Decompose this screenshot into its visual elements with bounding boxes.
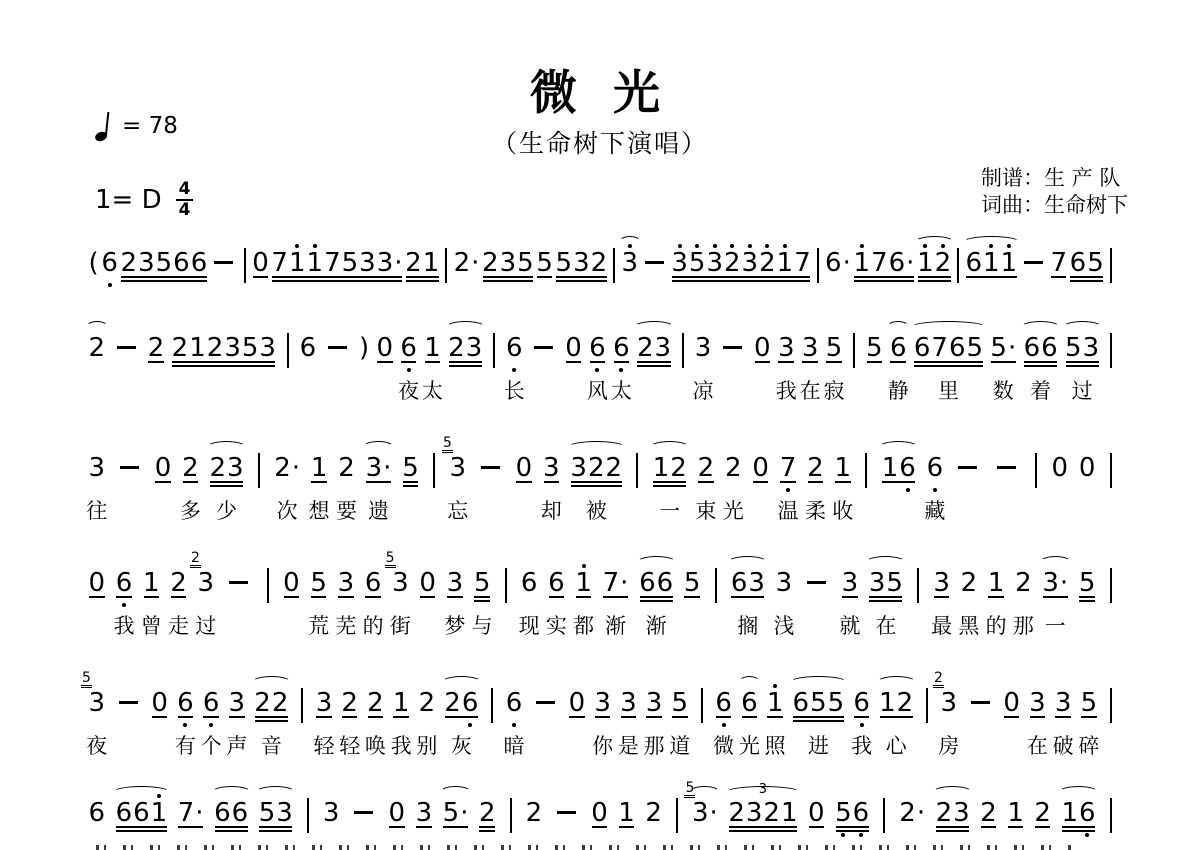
score-line-4: 06我1曾2走23过05荒3芜6的53街03梦5与6现6实1都7·渐66渐563… (88, 568, 1116, 598)
note-char: 0 (376, 333, 394, 363)
beam-line (854, 716, 870, 718)
note-char: 3 (376, 248, 394, 278)
lyric-text: 收 (832, 495, 853, 525)
beam-line (445, 716, 478, 718)
lyric-text: 现 (519, 610, 540, 640)
note-char: 3 (777, 333, 795, 363)
note-cell: 5荒 (310, 568, 328, 598)
note-char: 7 (871, 248, 889, 278)
note-char: 6 (613, 333, 631, 363)
credits: 制谱：生 产 队 词曲：生命树下 (981, 165, 1128, 219)
note-char: 3 (228, 688, 246, 718)
time-signature: 4 4 (176, 180, 194, 219)
note-digits: 66 (639, 568, 674, 598)
beam-line (880, 716, 913, 718)
note-digits: 0 (1078, 453, 1096, 483)
quarter-note-icon (95, 110, 110, 142)
beam-line (389, 826, 405, 828)
lyric-text: 数 (993, 375, 1014, 405)
note-char: 1 (150, 798, 168, 828)
note-digits: 0 (1051, 453, 1069, 483)
note-digits: 5 (310, 568, 328, 598)
note-digits: 322 (570, 453, 623, 483)
beam-line (1062, 830, 1095, 832)
note-cell: 2· (899, 798, 926, 828)
note-digits: 0 (376, 333, 394, 363)
note-cell: 6我 (115, 568, 133, 598)
note-cell: 2走 (170, 568, 188, 598)
note-char: 2 (1015, 568, 1033, 598)
lyric-text: 夜 (86, 730, 107, 760)
note-cell: 3往 (88, 453, 106, 483)
note-cell: 0 (1078, 453, 1096, 483)
beam-line (483, 280, 534, 282)
note-char: 7 (602, 568, 620, 598)
beam-line (1062, 826, 1095, 828)
grace-note: 2 (190, 551, 201, 568)
note-cell: 2轻 (341, 688, 359, 718)
lyric-text: 光 (739, 730, 760, 760)
note-cell: 7 (1050, 248, 1068, 278)
beam-line (672, 276, 810, 278)
beam-line (981, 826, 997, 828)
sustain-dash (229, 581, 248, 584)
note-cell: 6太 (613, 333, 631, 363)
beam-line (425, 361, 441, 363)
note-char: 6 (899, 453, 917, 483)
barline (493, 333, 495, 368)
note-digits: 1 (618, 798, 636, 828)
beam-line (474, 596, 490, 598)
note-char: 2 (254, 688, 272, 718)
beam-line (653, 481, 686, 483)
note-digits: 3 (1029, 688, 1047, 718)
note-char: 2 (206, 333, 224, 363)
note-char: 0 (565, 333, 583, 363)
slur-arc (256, 786, 295, 798)
lyric-text: 一 (1045, 610, 1066, 640)
note-char: 0 (752, 453, 770, 483)
note-cell: 1想 (310, 453, 328, 483)
note-char: · (1059, 568, 1068, 598)
note-cell: 23 (636, 333, 671, 363)
note-digits: 6 (505, 333, 523, 363)
note-char: 1 (422, 248, 440, 278)
note-cell: 3在 (1029, 688, 1047, 718)
note-char: 2 (724, 453, 742, 483)
lyric-text: 荒 (308, 610, 329, 640)
note-char: 3 (953, 798, 971, 828)
note-digits: 5 (536, 248, 554, 278)
beam-line (377, 361, 393, 363)
beam-line (793, 716, 844, 718)
note-char: 3 (1054, 688, 1072, 718)
lyric-text: 个 (201, 730, 222, 760)
note-char: 3 (801, 333, 819, 363)
note-digits: 5 (402, 453, 420, 483)
beam-line (619, 826, 635, 828)
note-digits: 3· (691, 798, 718, 828)
beam-line (416, 826, 432, 828)
note-digits: 3 (88, 453, 106, 483)
slur-arc (911, 321, 985, 333)
beam-line (729, 826, 797, 828)
note-digits: 0 (388, 798, 406, 828)
note-digits: 16 (881, 453, 916, 483)
tuplet-number: 3 (759, 783, 767, 796)
barline (1110, 798, 1112, 833)
score-line-3: 3往02多23少2·次1想2要3·遗553忘03却322被12一2束2光07温2… (88, 453, 1116, 483)
lyric-text: 少 (216, 495, 237, 525)
note-digits: 0 (151, 688, 169, 718)
note-digits: 12 (652, 453, 687, 483)
slur-arc (568, 441, 625, 453)
note-char: 5 (990, 333, 1008, 363)
beam-line (890, 361, 906, 363)
beam-line (684, 596, 700, 598)
note-digits: ) (358, 333, 369, 363)
note-char: 6 (214, 798, 232, 828)
credit-arranger: 制谱：生 产 队 (981, 165, 1128, 192)
note-cell: 23566 (120, 248, 208, 278)
note-digits: 66 (214, 798, 249, 828)
note-char: 2 (759, 248, 777, 278)
lyric-text: 搁 (737, 610, 758, 640)
slur-arc (442, 676, 481, 688)
lyric-text: 渐 (646, 610, 667, 640)
note-digits: 5· (990, 333, 1017, 363)
note-digits: 3 (694, 333, 712, 363)
lyric-text: 街 (390, 610, 411, 640)
beam-line (802, 361, 818, 363)
note-cell: 1都 (575, 568, 593, 598)
beam-line (366, 481, 391, 483)
note-digits: 3 (1054, 688, 1072, 718)
lyric-text: 唤 (365, 730, 386, 760)
sustain-dash (120, 466, 139, 469)
note-char: 2 (763, 798, 781, 828)
note-digits: 3 (415, 798, 433, 828)
note-digits: 3 (543, 453, 561, 483)
note-cell: 66 (214, 798, 249, 828)
note-char: 2 (605, 453, 623, 483)
note-cell: 1收 (834, 453, 852, 483)
note-cell: 0 (515, 453, 533, 483)
beam-line (1079, 596, 1095, 598)
note-char: 6 (715, 688, 733, 718)
beam-line (571, 485, 622, 487)
beam-line (966, 276, 1017, 278)
beam-line (121, 280, 207, 282)
note-digits: 2 (807, 453, 825, 483)
note-char: 3 (940, 688, 958, 718)
note-char: 3 (654, 333, 672, 363)
note-cell: 0 (565, 333, 583, 363)
note-cell: 2唤 (367, 688, 385, 718)
tempo-value: = 78 (122, 113, 178, 139)
note-digits: 2321 (728, 798, 798, 828)
note-cell: 16 (881, 453, 916, 483)
note-cell: 1 (618, 798, 636, 828)
note-cell: 532 (555, 248, 608, 278)
note-char: ) (358, 333, 369, 363)
note-digits: 3 (337, 568, 355, 598)
beam-line (914, 361, 982, 363)
note-digits: 6 (505, 688, 523, 718)
note-digits: 3 (841, 568, 859, 598)
lyric-text: 在 (875, 610, 896, 640)
note-digits: 2 (980, 798, 998, 828)
note-digits: 2 (1015, 568, 1033, 598)
note-char: 6 (173, 248, 191, 278)
beam-line (255, 720, 288, 722)
beam-line (780, 481, 796, 483)
lyric-text: 夜 (398, 375, 419, 405)
note-char: 3 (88, 453, 106, 483)
lyric-text: 与 (472, 610, 493, 640)
note-char: 3 (621, 248, 639, 278)
note-char: 5 (688, 248, 706, 278)
note-cell: 0 (1051, 453, 1069, 483)
note-digits: 1 (1007, 798, 1025, 828)
note-char: 5 (886, 568, 904, 598)
note-cell: 7117533· (271, 248, 403, 278)
note-cell: 1太 (424, 333, 442, 363)
note-char: 2 (120, 248, 138, 278)
note-char: 5 (1078, 568, 1096, 598)
note-digits: 2 (478, 798, 496, 828)
slur-arc (879, 441, 918, 453)
note-char: 6 (190, 248, 208, 278)
lyric-text: 往 (86, 495, 107, 525)
note-cell: ( (88, 248, 99, 278)
sustain-dash (997, 466, 1016, 469)
barline (1110, 568, 1112, 603)
note-char: 3 (741, 248, 759, 278)
note-cell: 35在 (868, 568, 903, 598)
note-digits: 0 (752, 453, 770, 483)
lyric-text: 那 (1013, 610, 1034, 640)
note-digits: 5 (473, 568, 491, 598)
note-cell: 3在 (801, 333, 819, 363)
note-cell: 3 (621, 248, 639, 278)
beam-line (1008, 826, 1024, 828)
note-char: 6 (1023, 333, 1041, 363)
lyric-text: 照 (765, 730, 786, 760)
beam-line (614, 361, 630, 363)
beam-line (595, 716, 611, 718)
note-cell: 53街 (392, 568, 410, 598)
note-cell: 3就 (841, 568, 859, 598)
note-digits: 3 (594, 688, 612, 718)
note-cell: 2别 (418, 688, 436, 718)
note-digits: 7· (602, 568, 629, 598)
note-cell: 1我 (392, 688, 410, 718)
note-digits: 2 (88, 333, 106, 363)
note-char: 0 (1078, 453, 1096, 483)
note-digits: 6 (741, 688, 759, 718)
barline (1110, 333, 1112, 368)
note-cell: 0 (388, 798, 406, 828)
note-digits: 3 (228, 688, 246, 718)
note-digits: 1 (143, 568, 161, 598)
barline (433, 453, 435, 488)
barline (505, 568, 507, 603)
note-cell: 6· (825, 248, 852, 278)
beam-line (403, 481, 419, 483)
note-digits: 2 (182, 453, 200, 483)
note-digits: 6 (88, 798, 106, 828)
note-cell: 0 (154, 453, 172, 483)
note-char: 3 (570, 453, 588, 483)
note-cell: 5 (402, 453, 420, 483)
note-cell: 63搁 (730, 568, 765, 598)
note-digits: 6 (364, 568, 382, 598)
slur-arc (1063, 321, 1102, 333)
sustain-dash (119, 701, 138, 704)
note-cell: 53 (258, 798, 293, 828)
note-char: 3 (446, 568, 464, 598)
note-char: · (1007, 333, 1016, 363)
note-cell: 3你 (594, 688, 612, 718)
note-char: 5 (402, 453, 420, 483)
note-digits: 1 (310, 453, 328, 483)
note-digits: 2 (697, 453, 715, 483)
note-char: 3 (365, 453, 383, 483)
note-char: 2 (960, 568, 978, 598)
note-char: · (460, 798, 469, 828)
note-digits: 2· (453, 248, 480, 278)
note-char: · (471, 248, 480, 278)
beam-line (716, 716, 732, 718)
note-cell: 23房 (940, 688, 958, 718)
note-char: 0 (568, 688, 586, 718)
note-char: 1 (652, 453, 670, 483)
grace-note: 5 (442, 436, 453, 453)
note-digits: 0 (568, 688, 586, 718)
note-char: 6 (101, 248, 119, 278)
slur-arc (363, 441, 394, 453)
lyric-text: 道 (669, 730, 690, 760)
note-cell: 0 (754, 333, 772, 363)
note-cell: 5与 (473, 568, 491, 598)
lyric-text: 在 (1027, 730, 1048, 760)
beam-line (637, 361, 670, 363)
note-char: 5 (258, 798, 276, 828)
note-cell: 66着 (1023, 333, 1058, 363)
beam-line (368, 716, 384, 718)
beam-line (121, 276, 207, 278)
note-char: 0 (151, 688, 169, 718)
note-digits: 611 (965, 248, 1018, 278)
note-cell: 3·一 (1042, 568, 1069, 598)
beam-line (882, 481, 915, 483)
note-char: 2 (807, 453, 825, 483)
lyric-text: 里 (938, 375, 959, 405)
sustain-dash (1024, 261, 1043, 264)
note-char: 6 (520, 568, 538, 598)
note-cell: 53忘 (449, 453, 467, 483)
note-char: 6 (853, 688, 871, 718)
beam-line (1030, 716, 1046, 718)
note-char: 3 (594, 688, 612, 718)
lyric-text: 浅 (773, 610, 794, 640)
beam-line (556, 280, 607, 282)
beam-line (1043, 596, 1068, 598)
note-digits: 3 (197, 568, 215, 598)
note-char: 6 (548, 568, 566, 598)
note-char: 2 (636, 333, 654, 363)
beam-line (640, 596, 673, 598)
lyric-text: 多 (180, 495, 201, 525)
note-cell: 6实 (548, 568, 566, 598)
lyric-text: 要 (336, 495, 357, 525)
barline (258, 453, 260, 488)
note-char: 3 (1082, 333, 1100, 363)
beam-line (1051, 276, 1067, 278)
note-char: 5 (555, 248, 573, 278)
note-cell: 2束 (697, 453, 715, 483)
slur-arc (637, 556, 676, 568)
lyric-text: 轻 (313, 730, 334, 760)
slur-arc (739, 676, 761, 688)
beam-line (479, 826, 495, 828)
beam-line (918, 276, 951, 278)
note-char: 0 (388, 798, 406, 828)
note-char: 7 (794, 248, 812, 278)
note-char: 3 (259, 333, 277, 363)
note-cell: 6个 (202, 688, 220, 718)
beam-line (1024, 365, 1057, 367)
note-digits: ( (88, 248, 99, 278)
note-char: 6 (852, 798, 870, 828)
barline (1110, 248, 1112, 283)
note-cell: 23 (448, 333, 483, 363)
note-char: 2 (147, 333, 165, 363)
note-digits: 23 (209, 453, 244, 483)
note-cell: 5· (442, 798, 469, 828)
note-digits: 3 (621, 248, 639, 278)
note-char: 6 (926, 453, 944, 483)
note-char: 5 (827, 688, 845, 718)
note-char: 3 (415, 798, 433, 828)
note-cell: 3我 (777, 333, 795, 363)
note-char: 5 (517, 248, 535, 278)
note-digits: 1 (392, 688, 410, 718)
beam-line (653, 485, 686, 487)
note-digits: 661 (115, 798, 168, 828)
note-digits: 7117533· (271, 248, 403, 278)
note-char: 1 (618, 798, 636, 828)
note-cell: 1照 (766, 688, 784, 718)
note-cell: 5 (536, 248, 554, 278)
note-digits: 6 (613, 333, 631, 363)
note-cell: 0 (752, 453, 770, 483)
slur-arc (86, 321, 108, 333)
note-char: 1 (1000, 248, 1018, 278)
note-char: 1 (987, 568, 1005, 598)
beam-line (338, 596, 354, 598)
note-char: 1 (424, 333, 442, 363)
note-char: 2 (405, 248, 423, 278)
note-digits: 1 (987, 568, 1005, 598)
lyric-text: 有 (175, 730, 196, 760)
note-cell: 35323217 (671, 248, 811, 278)
barline (1035, 453, 1037, 488)
note-char: 6 (913, 333, 931, 363)
note-cell: 3最 (933, 568, 951, 598)
beam-line (988, 596, 1004, 598)
